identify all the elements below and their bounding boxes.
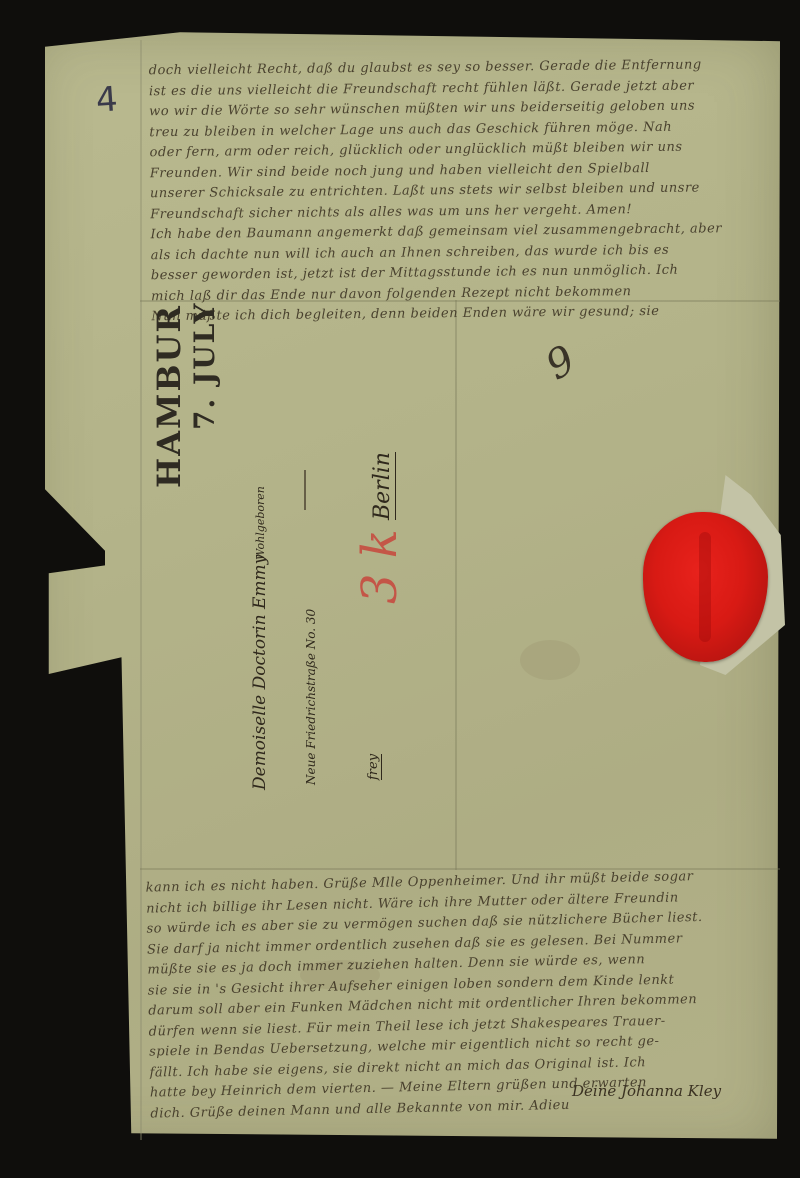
ink-dash-mark <box>304 470 306 510</box>
postmark-date: 7. JULY <box>188 301 221 430</box>
recipient-street: Neue Friedrichstraße No. 30 <box>304 609 318 785</box>
recipient-honorific: Wohlgeboren <box>254 486 267 560</box>
fold-crease-vertical <box>455 300 457 870</box>
postmark-stamp: HAMBUR 7. JULY <box>140 300 240 500</box>
page-number: 4 <box>95 79 119 120</box>
fold-crease-left <box>140 40 142 1140</box>
postmark-city: HAMBUR <box>150 304 188 488</box>
paper-stain <box>520 640 580 680</box>
recipient-name: Demoiselle Doctorin Emmy <box>250 555 270 790</box>
franking-note: frey <box>366 754 382 780</box>
letter-text-top: doch vielleicht Recht, daß du glaubst es… <box>149 55 772 328</box>
red-crayon-postage-mark: 3 k <box>352 529 408 604</box>
signature: Deine Johanna Kley <box>572 1082 721 1100</box>
recipient-city: Berlin <box>370 452 396 520</box>
address-panel: Demoiselle Doctorin Emmy Wohlgeboren Neu… <box>240 400 440 800</box>
